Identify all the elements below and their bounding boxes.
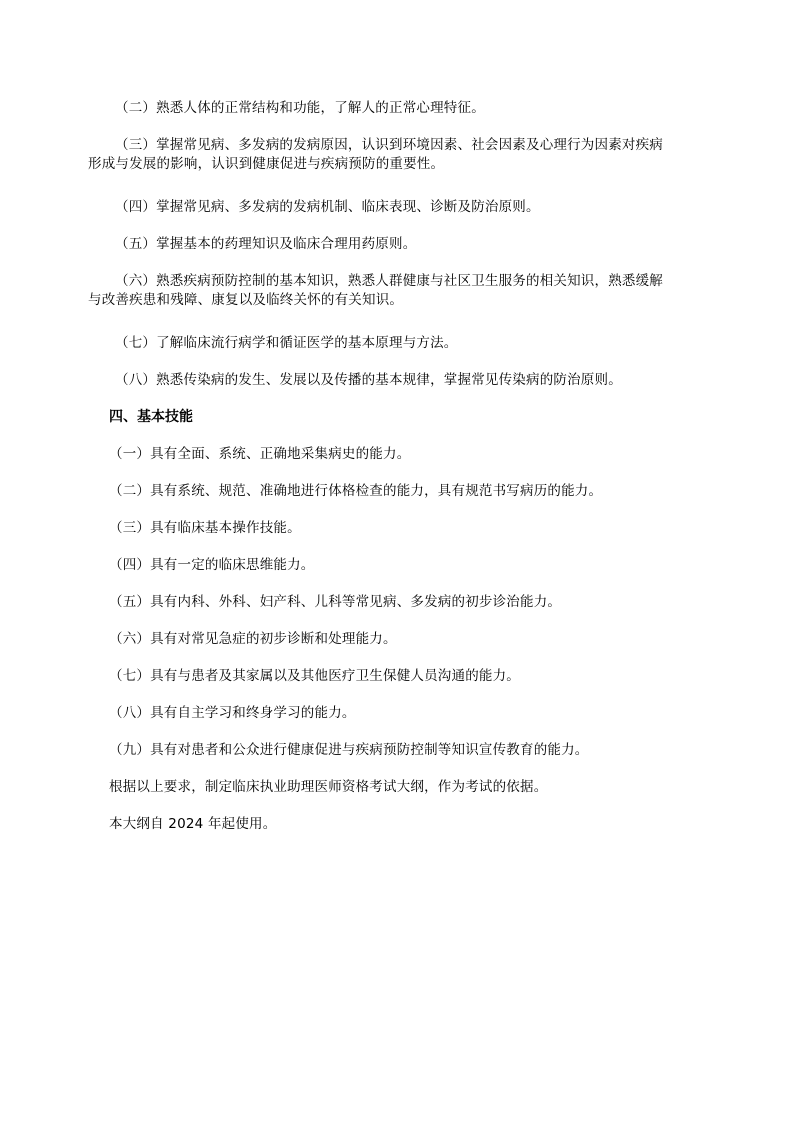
knowledge-item: （八）熟悉传染病的发生、发展以及传播的基本规律，掌握常见传染病的防治原则。 (88, 371, 672, 390)
skill-item: （九）具有对患者和公众进行健康促进与疾病预防控制等知识宣传教育的能力。 (88, 741, 672, 760)
knowledge-item: （六）熟悉疾病预防控制的基本知识，熟悉人群健康与社区卫生服务的相关知识，熟悉缓解… (88, 272, 672, 310)
skill-item: （三）具有临床基本操作技能。 (88, 519, 672, 538)
effective-date: 本大纲自 2024 年起使用。 (88, 815, 672, 834)
knowledge-item: （二）熟悉人体的正常结构和功能，了解人的正常心理特征。 (88, 99, 672, 118)
section-heading: 四、基本技能 (109, 408, 193, 427)
skill-item: （四）具有一定的临床思维能力。 (88, 556, 672, 575)
skill-item: （一）具有全面、系统、正确地采集病史的能力。 (88, 445, 672, 464)
knowledge-item: （七）了解临床流行病学和循证医学的基本原理与方法。 (88, 334, 672, 353)
document-page: （二）熟悉人体的正常结构和功能，了解人的正常心理特征。 （三）掌握常见病、多发病… (0, 0, 794, 1123)
skill-item: （七）具有与患者及其家属以及其他医疗卫生保健人员沟通的能力。 (88, 667, 672, 686)
knowledge-item: （五）掌握基本的药理知识及临床合理用药原则。 (88, 235, 672, 254)
skill-item: （八）具有自主学习和终身学习的能力。 (88, 704, 672, 723)
knowledge-item: （三）掌握常见病、多发病的发病原因，认识到环境因素、社会因素及心理行为因素对疾病… (88, 136, 672, 174)
closing-statement: 根据以上要求，制定临床执业助理医师资格考试大纲，作为考试的依据。 (88, 778, 672, 797)
skill-item: （五）具有内科、外科、妇产科、儿科等常见病、多发病的初步诊治能力。 (88, 593, 672, 612)
skill-item: （二）具有系统、规范、准确地进行体格检查的能力，具有规范书写病历的能力。 (88, 482, 672, 501)
skill-item: （六）具有对常见急症的初步诊断和处理能力。 (88, 630, 672, 649)
knowledge-item: （四）掌握常见病、多发病的发病机制、临床表现、诊断及防治原则。 (88, 198, 672, 217)
